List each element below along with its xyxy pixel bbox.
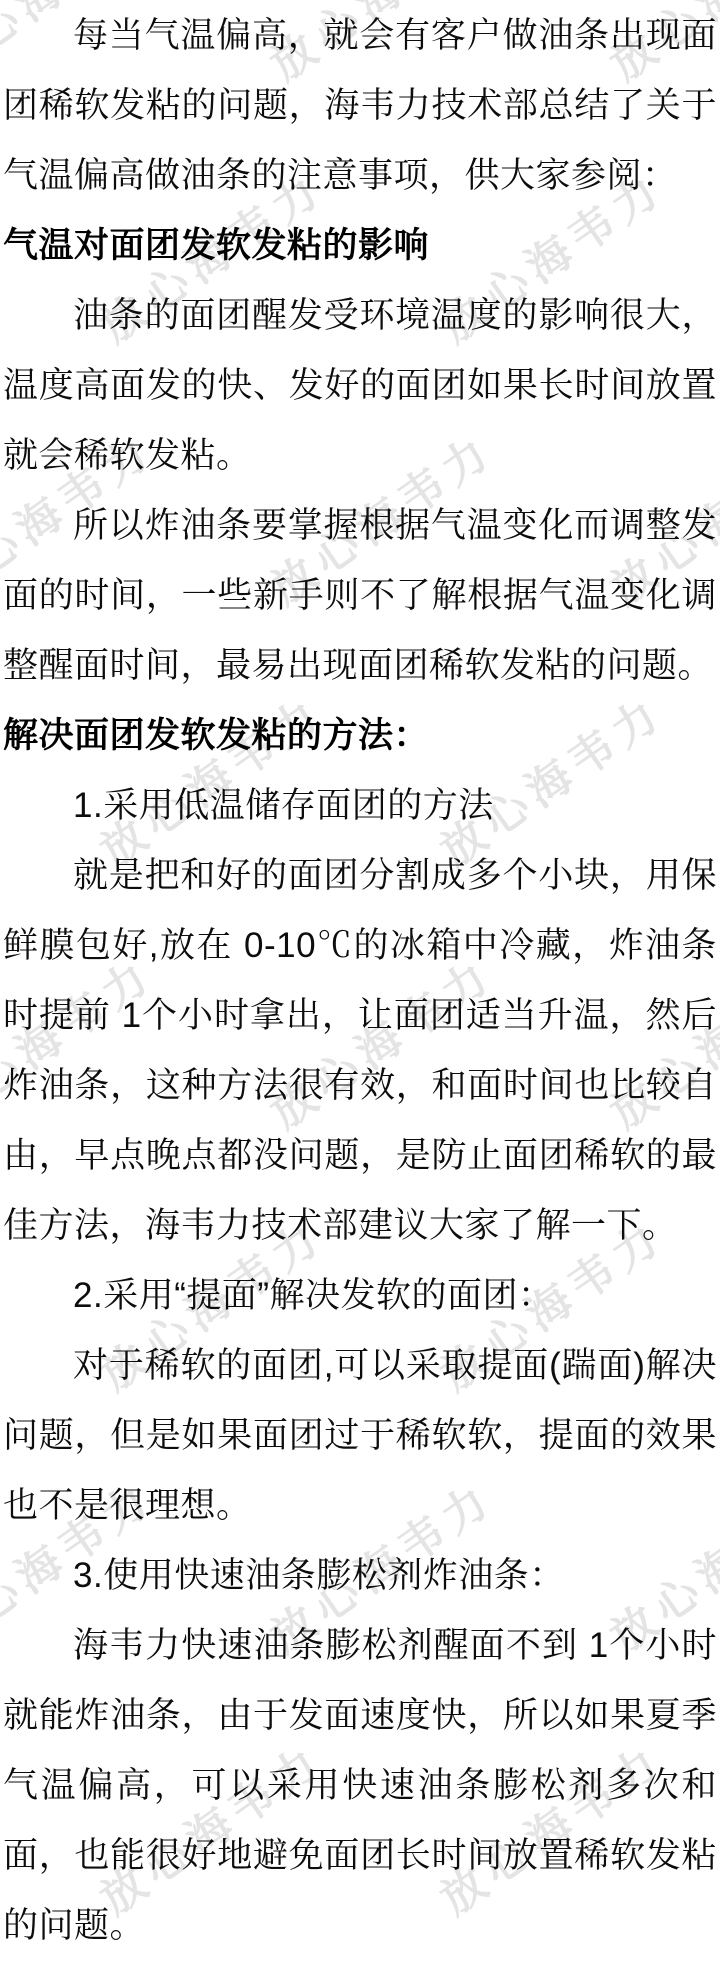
paragraph: 2.采用“提面”解决发软的面团：	[3, 1261, 717, 1331]
section-heading: 气温对面团发软发粘的影响	[3, 211, 717, 281]
paragraph: 所以炸油条要掌握根据气温变化而调整发面的时间，一些新手则不了解根据气温变化调整醒…	[3, 491, 717, 701]
paragraph: 油条的面团醒发受环境温度的影响很大，温度高面发的快、发好的面团如果长时间放置就会…	[3, 281, 717, 491]
paragraph: 1.采用低温储存面团的方法	[3, 771, 717, 841]
paragraph: 对于稀软的面团,可以采取提面(踹面)解决问题，但是如果面团过于稀软软，提面的效果…	[3, 1331, 717, 1541]
section-heading: 解决面团发软发粘的方法：	[3, 701, 717, 771]
paragraph: 每当气温偏高，就会有客户做油条出现面团稀软发粘的问题，海韦力技术部总结了关于气温…	[3, 1, 717, 211]
paragraph: 就是把和好的面团分割成多个小块，用保鲜膜包好,放在 0-10℃的冰箱中冷藏，炸油…	[3, 841, 717, 1261]
paragraph: 3.使用快速油条膨松剂炸油条：	[3, 1541, 717, 1611]
article: 每当气温偏高，就会有客户做油条出现面团稀软发粘的问题，海韦力技术部总结了关于气温…	[0, 0, 720, 1961]
paragraph: 海韦力快速油条膨松剂醒面不到 1个小时就能炸油条，由于发面速度快，所以如果夏季气…	[3, 1611, 717, 1961]
